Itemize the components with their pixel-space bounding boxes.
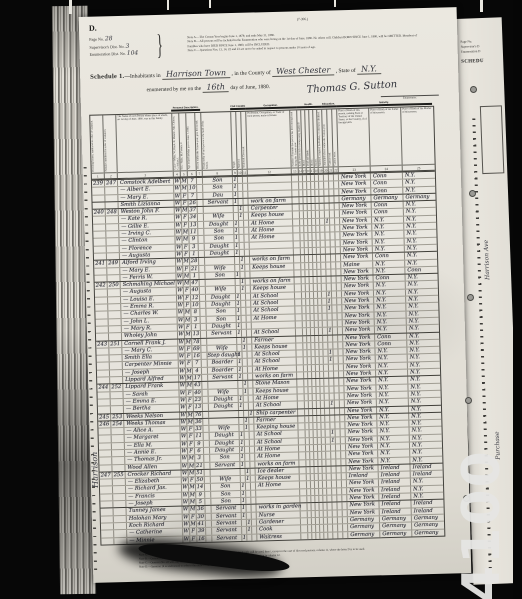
enumeration-value: 104 — [127, 50, 139, 57]
table-cell: At School — [251, 300, 295, 307]
table-cell: Keeps house — [253, 387, 297, 394]
table-cell: N.Y. — [377, 406, 409, 413]
table-cell — [106, 202, 119, 209]
table-header-row: Dwelling houses, numbered in order of vi… — [90, 107, 435, 180]
table-cell: works in garden — [256, 504, 300, 511]
table-cell: N.Y. — [408, 361, 440, 368]
table-cell: N.Y. — [378, 450, 410, 457]
table-cell: N.Y. — [410, 442, 442, 449]
table-cell: Keeps house — [251, 285, 295, 292]
table-cell: 41 — [197, 521, 206, 528]
table-cell: 13 — [192, 331, 201, 338]
table-cell — [108, 289, 121, 296]
column-group-label: Personal Description. — [171, 106, 200, 112]
table-cell: 240 — [93, 210, 106, 217]
column-caption: Age at last birthday prior to June 1, 18… — [186, 113, 195, 170]
column-number: 14 — [299, 167, 302, 173]
table-cell: Boarder — [208, 367, 238, 374]
table-cell: — Minnie — [127, 536, 183, 544]
table-cell — [93, 239, 106, 246]
table-cell: 13 — [189, 222, 198, 229]
table-cell: 244 — [97, 385, 110, 392]
table-cell: Daught — [209, 403, 239, 410]
census-table: Dwelling houses, numbered in order of vi… — [89, 106, 445, 546]
column-number: 13 — [292, 167, 298, 173]
table-cell — [97, 355, 110, 362]
table-cell — [110, 370, 123, 377]
table-cell: Servant — [212, 520, 242, 527]
form-number: (7-306.) — [297, 17, 308, 21]
table-cell — [114, 537, 127, 544]
table-cell: At Home — [249, 227, 293, 234]
table-cell: Servant — [212, 513, 242, 520]
table-cell: Boarder — [208, 359, 238, 366]
table-cell: New York — [348, 509, 380, 516]
table-cell — [107, 275, 120, 282]
column-header: Relationship of each person to the head … — [201, 112, 233, 176]
table-cell: New York — [343, 341, 375, 348]
table-cell — [100, 494, 113, 501]
table-cell: Ireland — [379, 494, 411, 501]
table-cell — [96, 319, 109, 326]
table-cell: New York — [345, 414, 377, 421]
column-number: 8 — [203, 169, 232, 176]
table-cell: New York — [345, 421, 377, 428]
next-page-vertical-note: Purchase — [492, 370, 505, 460]
table-cell — [100, 487, 113, 494]
table-cell — [95, 304, 108, 311]
table-cell: 248 — [106, 209, 119, 216]
table-cell: At Home — [254, 394, 298, 401]
table-cell: 21 — [190, 266, 199, 273]
table-cell: Wife — [208, 389, 238, 396]
table-cell: At Home — [249, 234, 293, 241]
table-cell: New York — [346, 429, 378, 436]
table-cell — [250, 241, 294, 248]
column-caption: Families numbered in order of visitation… — [103, 115, 116, 172]
table-cell — [109, 333, 122, 340]
table-cell — [106, 238, 119, 245]
table-cell: N.Y. — [372, 224, 404, 231]
binder-knob — [469, 190, 476, 197]
table-cell: N.Y. — [407, 340, 439, 347]
table-cell: Servant — [203, 199, 233, 206]
table-cell: 243 — [96, 341, 109, 348]
table-cell: N.Y. — [376, 362, 408, 369]
table-cell: Germany — [371, 194, 403, 201]
table-cell: N.Y. — [408, 376, 440, 383]
table-cell — [112, 465, 125, 472]
table-cell: N.Y. — [374, 311, 406, 318]
column-group-label: Civil Condition. — [230, 105, 245, 111]
table-cell: New York — [343, 327, 375, 334]
table-cell: New York — [347, 502, 379, 509]
table-cell: New York — [345, 400, 377, 407]
table-cell: 250 — [108, 282, 121, 289]
table-cell: 37 — [189, 207, 198, 214]
table-cell: work on farm — [248, 197, 292, 204]
table-cell: N.Y. — [375, 348, 407, 355]
page-edge-streak — [480, 0, 483, 12]
table-cell: Ireland — [411, 471, 443, 478]
column-group-label: Education. — [321, 102, 336, 108]
table-cell: 249 — [107, 260, 120, 267]
table-cell: Servant — [212, 527, 242, 534]
table-cell: New York — [344, 378, 376, 385]
table-cell: 47 — [191, 280, 200, 287]
table-cell — [106, 224, 119, 231]
table-cell: New York — [342, 297, 374, 304]
table-cell: N.Y. — [377, 413, 409, 420]
table-cell — [98, 428, 111, 435]
table-cell: Wife — [205, 265, 235, 272]
table-cell: Ireland — [378, 464, 410, 471]
table-cell: Ship carpenter — [254, 409, 298, 416]
table-cell: N.Y. — [410, 456, 442, 463]
table-cell: 30 — [197, 514, 206, 521]
table-cell: works on farm — [253, 372, 297, 379]
day-handwritten: 16th — [202, 82, 229, 93]
table-cell: 40 — [191, 287, 200, 294]
table-cell: 36 — [194, 419, 203, 426]
table-cell: New York — [342, 276, 374, 283]
table-cell — [256, 489, 300, 496]
table-cell: works on farm — [250, 256, 294, 263]
table-cell: 26 — [188, 200, 197, 207]
table-cell: Germany — [403, 194, 435, 201]
table-cell: Daught — [206, 301, 236, 308]
table-cell: 14 — [196, 484, 205, 491]
table-cell: N.Y. — [378, 457, 410, 464]
table-cell: Ireland — [410, 464, 442, 471]
table-cell: Conn — [371, 180, 403, 187]
table-cell: At School — [252, 351, 296, 358]
table-cell: N.Y. — [405, 245, 437, 252]
binder-knob — [465, 397, 472, 404]
table-cell: Gardener — [257, 518, 301, 525]
table-cell: Wife — [206, 286, 236, 293]
column-group-label: Health. — [296, 103, 321, 109]
table-cell: works on farm — [255, 460, 299, 467]
table-cell: N.Y. — [377, 399, 409, 406]
column-number: 6 — [188, 170, 196, 176]
table-cell: N.Y. — [376, 384, 408, 391]
column-number: 11 — [243, 169, 247, 175]
table-cell: 247 — [105, 180, 118, 187]
table-cell: Keeps house — [250, 263, 294, 270]
table-cell: N.Y. — [403, 186, 435, 193]
table-cell: Conn — [375, 340, 407, 347]
table-cell: N.Y. — [409, 398, 441, 405]
column-caption: Place of Birth of this person, naming St… — [337, 108, 369, 166]
table-cell: New York — [341, 246, 373, 253]
table-cell: New York — [343, 319, 375, 326]
table-cell: N.Y. — [406, 274, 438, 281]
table-cell: N.Y. — [404, 230, 436, 237]
table-cell: New York — [346, 443, 378, 450]
table-cell — [93, 202, 106, 209]
table-cell: New York — [340, 217, 372, 224]
table-cell: 10 — [188, 185, 197, 192]
table-cell — [96, 334, 109, 341]
table-cell: Servant — [210, 462, 240, 469]
column-number: 5 — [181, 170, 187, 176]
table-cell: Daught — [210, 440, 240, 447]
table-cell — [105, 195, 118, 202]
table-cell — [95, 297, 108, 304]
table-cell: Germany — [412, 522, 444, 529]
table-cell — [105, 187, 118, 194]
table-cell: Stone Mason — [253, 380, 297, 387]
table-cell: Conn — [371, 187, 403, 194]
column-header: Profession, Occupation, or Trade of each… — [246, 111, 292, 175]
column-number: 18 — [315, 167, 318, 173]
table-cell: Daught — [204, 221, 234, 228]
table-cell — [207, 338, 237, 345]
table-cell — [209, 418, 239, 425]
table-cell: At School — [251, 307, 295, 314]
table-cell: Keeps house — [256, 475, 300, 482]
table-cell — [108, 311, 121, 318]
table-cell — [113, 486, 126, 493]
table-cell: Step daught — [207, 352, 237, 359]
column-number: 15 — [303, 167, 306, 173]
table-cell: 253 — [111, 413, 124, 420]
table-cell — [94, 253, 107, 260]
page-edge-streak — [69, 0, 72, 14]
table-cell: Daught — [206, 294, 236, 301]
table-cell: 23 — [194, 397, 203, 404]
table-cell — [252, 321, 296, 328]
table-cell: 50 — [196, 477, 205, 484]
table-cell — [107, 268, 120, 275]
table-cell: New York — [344, 363, 376, 370]
table-cell: Farmer — [254, 416, 298, 423]
table-cell: Son — [203, 177, 233, 184]
table-cell — [108, 304, 121, 311]
table-cell: 78 — [192, 338, 201, 345]
table-cell: 1 — [190, 251, 199, 258]
table-cell: Ireland — [347, 473, 379, 480]
table-cell: Germany — [380, 515, 412, 522]
table-cell: 40 — [193, 390, 202, 397]
table-cell: N.Y. — [374, 304, 406, 311]
table-cell: New York — [342, 290, 374, 297]
table-cell: N.Y. — [411, 478, 443, 485]
table-cell — [99, 465, 112, 472]
table-cell — [110, 377, 123, 384]
table-cell: N.Y. — [375, 318, 407, 325]
table-cell: Son — [205, 272, 235, 279]
table-cell: Dau — [203, 192, 233, 199]
table-cell: Germany — [380, 530, 412, 537]
table-cell: Germany — [348, 524, 380, 531]
table-cell: Servant — [207, 330, 237, 337]
table-cell: 16 — [197, 535, 206, 542]
table-cell: N.Y. — [375, 326, 407, 333]
brace-glyph: } — [156, 29, 163, 63]
table-cell: At Home — [255, 453, 299, 460]
table-cell: N.Y. — [403, 172, 435, 179]
column-caption: The Name of each Person whose place of a… — [116, 114, 172, 172]
table-cell: N.Y. — [373, 260, 405, 267]
next-page-table-box — [480, 105, 504, 174]
column-number: 19 — [319, 167, 323, 173]
column-header: Place of Birth of the Father of this per… — [369, 108, 403, 172]
table-cell: 1 — [190, 273, 199, 280]
census-page: D. (7-306.) Page No. 28 Supervisor's Dis… — [79, 7, 472, 583]
table-cell: 3 — [190, 244, 199, 251]
table-cell: Germany — [380, 523, 412, 530]
table-cell: N.Y. — [406, 288, 438, 295]
table-cell: 252 — [110, 384, 123, 391]
table-cell: N.Y. — [410, 449, 442, 456]
table-cell — [96, 326, 109, 333]
binder-knob — [470, 86, 477, 93]
table-cell: 8 — [191, 309, 200, 316]
column-number: 23 — [339, 165, 370, 172]
table-cell: N.Y. — [406, 310, 438, 317]
table-cell: New York — [342, 312, 374, 319]
schedule-label: Schedule 1. — [90, 73, 124, 81]
table-cell — [110, 355, 123, 362]
table-cell: New York — [340, 210, 372, 217]
table-cell — [100, 479, 113, 486]
column-number: 12 — [248, 168, 291, 175]
table-cell: Conn — [372, 209, 404, 216]
table-cell — [109, 348, 122, 355]
table-cell: 76 — [194, 411, 203, 418]
table-cell: 247 — [100, 472, 113, 479]
table-cell: 17 — [193, 375, 202, 382]
table-cell: Servant — [212, 534, 242, 541]
table-cell — [94, 246, 107, 253]
table-cell: New York — [340, 232, 372, 239]
table-cell: N.Y. — [404, 223, 436, 230]
table-cell: 13 — [194, 404, 203, 411]
table-cell: 34 — [189, 214, 198, 221]
table-cell — [97, 363, 110, 370]
table-cell: New York — [343, 349, 375, 356]
table-cell: At Home — [249, 219, 293, 226]
table-cell — [99, 436, 112, 443]
table-cell — [92, 195, 105, 202]
table-cell: 239 — [92, 180, 105, 187]
table-cell: N.Y. — [407, 325, 439, 332]
table-cell: 16 — [192, 353, 201, 360]
table-cell: 28 — [190, 258, 199, 265]
table-cell: New York — [345, 392, 377, 399]
table-cell — [111, 406, 124, 413]
table-cell: At School — [254, 402, 298, 409]
table-cell: Daught — [210, 447, 240, 454]
table-cell: Son — [210, 454, 240, 461]
table-cell — [93, 217, 106, 224]
table-cell: Wife — [211, 476, 241, 483]
table-cell: N.Y. — [372, 216, 404, 223]
table-cell — [97, 377, 110, 384]
table-cell — [99, 458, 112, 465]
table-cell: Waitress — [257, 533, 301, 540]
table-cell: Germany — [348, 531, 380, 538]
table-cell — [248, 176, 292, 183]
table-cell: Nurse — [257, 511, 301, 518]
table-cell: 246 — [98, 421, 111, 428]
table-cell — [209, 410, 239, 417]
table-cell: New York — [347, 480, 379, 487]
table-cell: At School — [251, 292, 295, 299]
table-cell: N.Y. — [377, 391, 409, 398]
table-cell: 3 — [195, 455, 204, 462]
table-cell: 1 — [192, 324, 201, 331]
table-cell — [113, 479, 126, 486]
table-cell: N.Y. — [409, 420, 441, 427]
page-edge-streak — [209, 0, 211, 8]
next-page-fragment: Enumeration D — [461, 48, 503, 54]
table-cell: N.Y. — [378, 428, 410, 435]
header-notes: Note A.—The Census Year begins June 1, 1… — [187, 29, 425, 53]
table-cell: N.Y. — [404, 201, 436, 208]
table-cell: 7 — [188, 193, 197, 200]
table-cell: At School — [255, 438, 299, 445]
table-cell: N.Y. — [409, 412, 441, 419]
table-cell: Ireland — [379, 472, 411, 479]
table-cell: Son — [203, 184, 233, 191]
supervisor-value: 3 — [126, 42, 130, 49]
table-cell — [114, 523, 127, 530]
table-cell: Conn — [374, 275, 406, 282]
table-cell: 4 — [193, 368, 202, 375]
table-cell: Keeps house — [252, 343, 296, 350]
schedule-title-line: Schedule 1.—Inhabitants in Harrison Town… — [90, 62, 450, 80]
table-cell: Son — [207, 316, 237, 323]
table-cell: Servant — [208, 374, 238, 381]
table-cell — [93, 231, 106, 238]
table-cell: Son — [204, 228, 234, 235]
table-cell: N.Y. — [373, 238, 405, 245]
place-handwritten: Harrison Town — [162, 68, 230, 80]
table-cell: New York — [339, 188, 371, 195]
table-cell — [114, 516, 127, 523]
table-cell: New York — [339, 181, 371, 188]
table-cell: New York — [346, 458, 378, 465]
column-caption: Relationship of each person to the head … — [201, 112, 231, 170]
column-caption: Dwelling houses, numbered in order of vi… — [90, 115, 103, 172]
page-number-value: 28 — [105, 35, 113, 42]
table-cell: Wife — [207, 345, 237, 352]
table-cell: 9 — [196, 492, 205, 499]
table-cell: Keeps house — [249, 212, 293, 219]
table-cell: New York — [342, 305, 374, 312]
table-cell: Ireland — [411, 500, 443, 507]
table-cell: N.Y. — [410, 427, 442, 434]
table-cell — [101, 538, 114, 545]
table-cell: Ice dealer — [256, 467, 300, 474]
table-cell: Carpenter — [249, 205, 293, 212]
table-cell: N.Y. — [410, 434, 442, 441]
table-cell — [109, 319, 122, 326]
table-cell: 12 — [191, 295, 200, 302]
table-cell: Daught — [209, 396, 239, 403]
table-cell: New York — [347, 465, 379, 472]
page-edge-streak — [334, 0, 336, 7]
enumeration-line: Enumeration Dist. No. 104 — [90, 50, 139, 59]
table-cell: N.Y. — [372, 231, 404, 238]
enumerator-signature: Thomas G. Sutton — [306, 79, 397, 96]
table-cell — [110, 362, 123, 369]
table-cell: N.Y. — [374, 297, 406, 304]
table-cell — [114, 508, 127, 515]
